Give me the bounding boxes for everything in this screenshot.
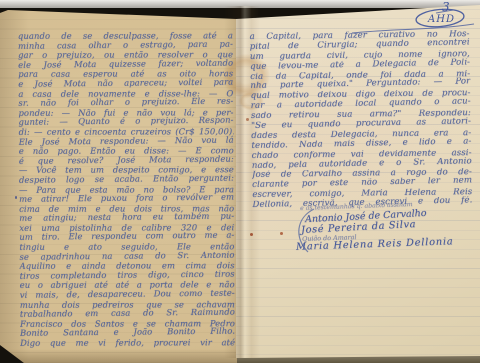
handwritten-line: Bonito Santana e João Bonito Filho.	[20, 327, 235, 339]
handwritten-line: Digo que me vi ferido, procurei vir até	[20, 338, 235, 348]
handwritten-line: guntei: — Quanto é o prejuizo. Respon-	[18, 116, 233, 128]
ink-speck	[280, 232, 283, 235]
document-scan: 3 AHD quando de se desculpasse, fosse at…	[0, 0, 480, 363]
rubric-initials: AHD	[427, 14, 455, 25]
handwritten-line: me atingiu; nesta hora eu também pu-	[19, 212, 234, 224]
handwritten-line: Ele José Mota respondeu: — Não vou lá	[19, 135, 234, 147]
ink-speck	[15, 196, 17, 199]
handwritten-line: se apadrinhou na casa do Sr. Antonio	[19, 250, 234, 262]
ink-speck	[246, 118, 249, 121]
handwritten-text-right-page: a Capital, para fazer curativo no Hos- p…	[249, 29, 472, 211]
handwritten-line: vi mais, de, desapareceu. Dou como teste…	[20, 289, 235, 301]
ink-speck	[250, 233, 253, 236]
handwritten-line: e José Mota não apareceu; voltei para	[18, 77, 233, 89]
handwritten-line: me atirar! Ele puxou fora o revólver em	[19, 193, 234, 205]
handwritten-line: despeito logo se acaba. Então perguntei:	[19, 173, 234, 185]
handwritten-line: um tiro. Ele respondeu com outro me a-	[19, 231, 234, 243]
handwritten-line: sr. não foi olhar o prejuizo. Ele res-	[18, 97, 233, 109]
handwritten-line: minha casa olhar o estrago, para pa-	[18, 39, 233, 51]
handwritten-line: trabalhando em casa do Sr. Raimundo	[20, 308, 235, 320]
handwritten-text-left-page: quando de se desculpasse, fosse até a mi…	[18, 30, 235, 348]
